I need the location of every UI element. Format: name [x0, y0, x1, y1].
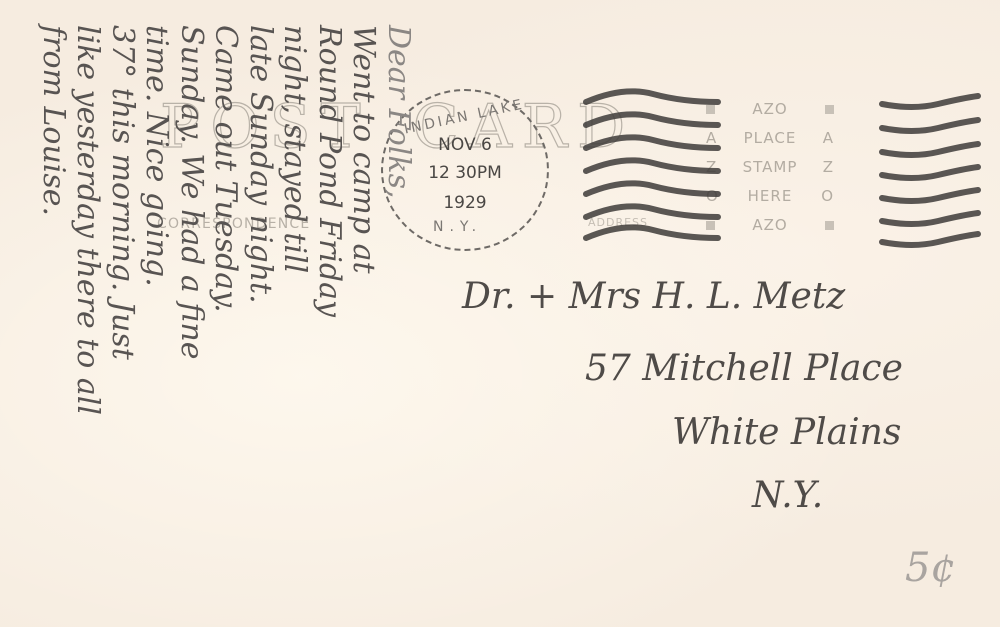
message-line: Sunday. We had a fine	[174, 25, 209, 620]
message-signature: from Louise.	[36, 25, 71, 620]
address-state: N.Y.	[752, 475, 823, 516]
wavy-cancellation-left-icon	[583, 88, 723, 248]
message-line: late Sunday night.	[243, 25, 278, 620]
corner-square-icon	[825, 221, 834, 230]
address-city: White Plains	[672, 412, 901, 453]
wavy-cancellation-right-icon	[878, 88, 983, 248]
postcard-back: POSTCARD CORRESPONDENCE ADDRESS AZO A PL…	[0, 0, 1000, 627]
message-line: time. Nice going.	[139, 25, 174, 620]
stamp-text-here: HERE	[719, 182, 821, 211]
stamp-text-stamp: STAMP	[717, 153, 822, 182]
message-line: Round Pond Friday	[312, 25, 347, 620]
message-line: night, stayed till	[277, 25, 312, 620]
address-street: 57 Mitchell Place	[585, 348, 903, 389]
stamp-text-place: PLACE	[717, 124, 822, 153]
message-line: like yesterday there to all	[70, 25, 105, 620]
corner-square-icon	[825, 105, 834, 114]
postmark-town: INDIAN LAKE	[403, 96, 526, 137]
postmark-state: N.Y.	[433, 219, 482, 235]
address-recipient-name: Dr. + Mrs H. L. Metz	[462, 276, 845, 317]
message-greeting: Dear Folks,	[381, 25, 416, 620]
pencil-price-mark: 5¢	[905, 545, 956, 591]
message-line: Went to camp at	[346, 25, 381, 620]
message-line: Came out Tuesday.	[208, 25, 243, 620]
message-line: 37° this morning. Just	[105, 25, 140, 620]
handwritten-message: Dear Folks, Went to camp at Round Pond F…	[15, 25, 415, 620]
